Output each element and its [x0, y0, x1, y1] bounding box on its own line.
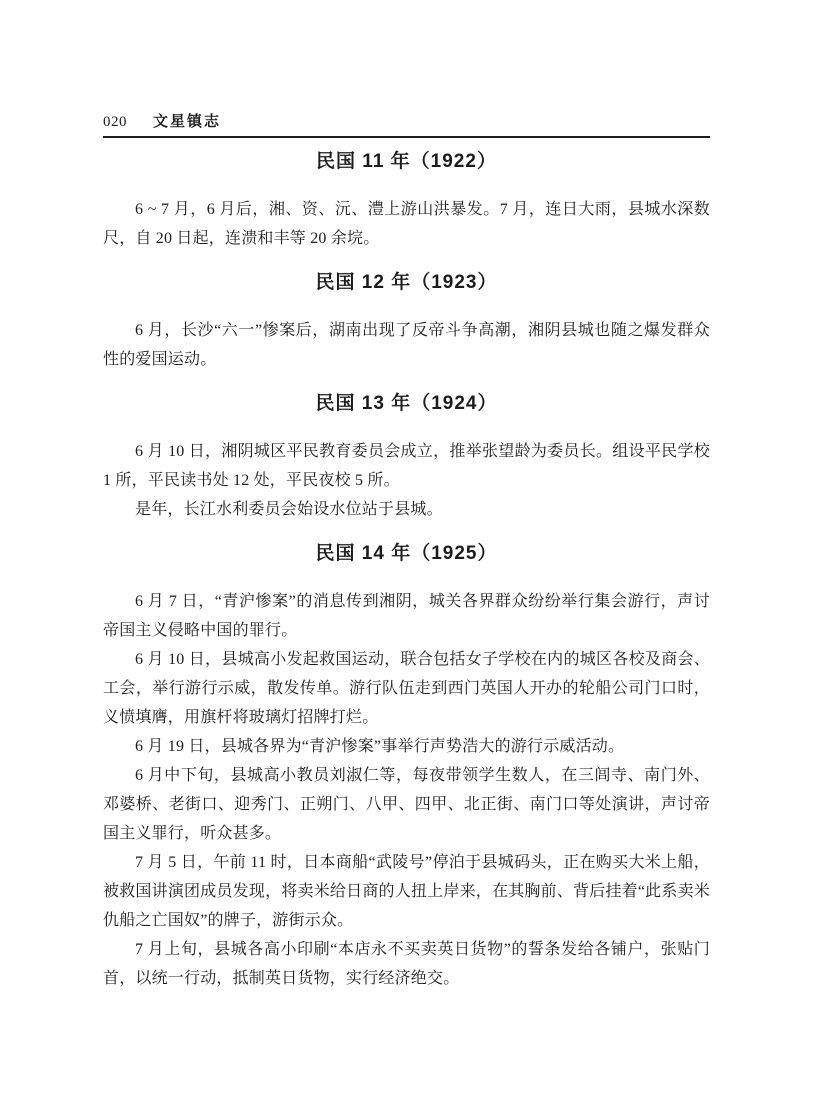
paragraph: 6 月 19 日，县城各界为“青沪惨案”事举行声势浩大的游行示威活动。 — [103, 732, 710, 761]
section-body-1924: 6 月 10 日，湘阴城区平民教育委员会成立，推举张望龄为委员长。组设平民学校 … — [103, 437, 710, 524]
gazetteer-page: 020 文星镇志 民国 11 年（1922） 6 ~ 7 月，6 月后，湘、资、… — [0, 0, 816, 1099]
book-title: 文星镇志 — [153, 110, 221, 131]
paragraph: 6 月 10 日，县城高小发起救国运动，联合包括女子学校在内的城区各校及商会、工… — [103, 645, 710, 732]
page-number: 020 — [103, 114, 127, 131]
section-heading-1925: 民国 14 年（1925） — [103, 542, 710, 565]
paragraph: 6 月中下旬，县城高小教员刘淑仁等，每夜带领学生数人，在三闾寺、南门外、邓婆桥、… — [103, 761, 710, 848]
paragraph: 6 月，长沙“六一”惨案后，湖南出现了反帝斗争高潮，湘阴县城也随之爆发群众性的爱… — [103, 316, 710, 374]
page-content: 020 文星镇志 民国 11 年（1922） 6 ~ 7 月，6 月后，湘、资、… — [103, 110, 710, 993]
running-header: 020 文星镇志 — [103, 110, 710, 138]
section-heading-1922: 民国 11 年（1922） — [103, 150, 710, 173]
section-body-1923: 6 月，长沙“六一”惨案后，湖南出现了反帝斗争高潮，湘阴县城也随之爆发群众性的爱… — [103, 316, 710, 374]
section-heading-1923: 民国 12 年（1923） — [103, 271, 710, 294]
paragraph: 是年，长江水利委员会始设水位站于县城。 — [103, 495, 710, 524]
paragraph: 7 月上旬，县城各高小印刷“本店永不买卖英日货物”的誓条发给各铺户，张贴门首，以… — [103, 935, 710, 993]
paragraph: 7 月 5 日，午前 11 时，日本商船“武陵号”停泊于县城码头，正在购买大米上… — [103, 848, 710, 935]
paragraph: 6 月 10 日，湘阴城区平民教育委员会成立，推举张望龄为委员长。组设平民学校 … — [103, 437, 710, 495]
paragraph: 6 月 7 日，“青沪惨案”的消息传到湘阴，城关各界群众纷纷举行集会游行，声讨帝… — [103, 587, 710, 645]
paragraph: 6 ~ 7 月，6 月后，湘、资、沅、澧上游山洪暴发。7 月，连日大雨，县城水深… — [103, 195, 710, 253]
section-body-1925: 6 月 7 日，“青沪惨案”的消息传到湘阴，城关各界群众纷纷举行集会游行，声讨帝… — [103, 587, 710, 993]
section-body-1922: 6 ~ 7 月，6 月后，湘、资、沅、澧上游山洪暴发。7 月，连日大雨，县城水深… — [103, 195, 710, 253]
section-heading-1924: 民国 13 年（1924） — [103, 392, 710, 415]
